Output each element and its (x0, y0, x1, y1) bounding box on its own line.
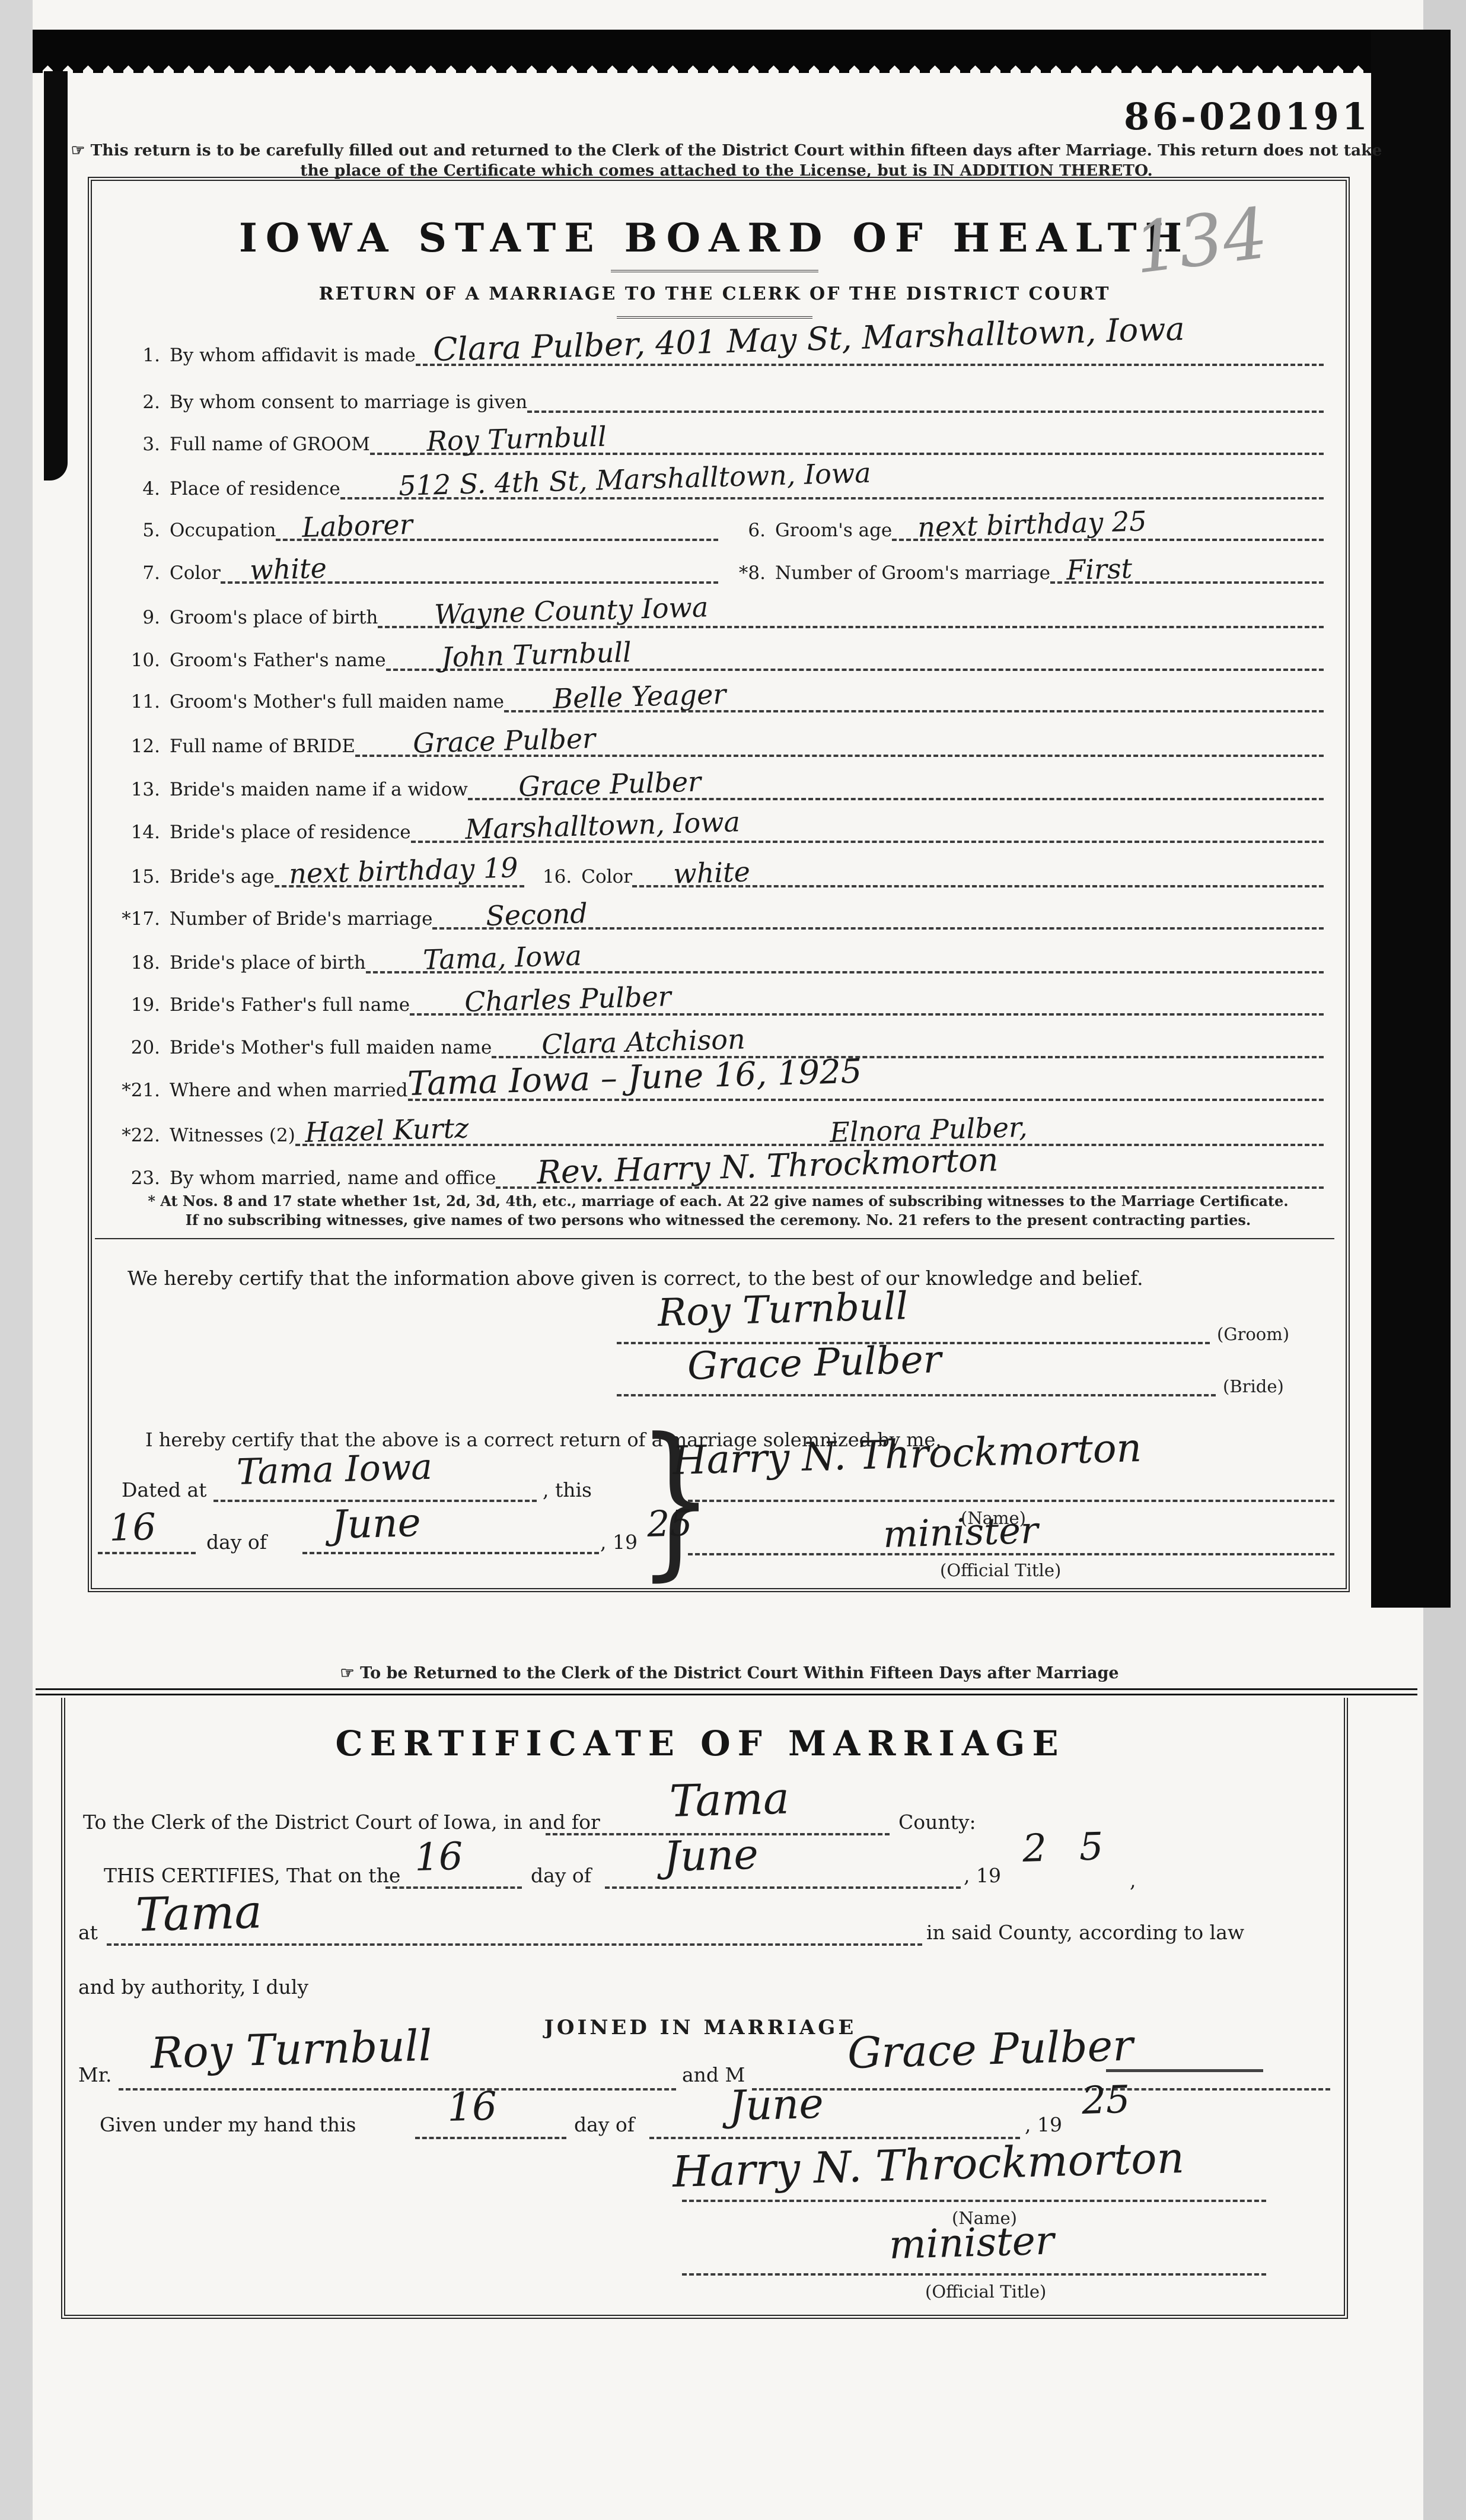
bride-signature: Grace Pulber (687, 1341, 942, 1386)
dotted-entry-line: Tama Iowa – June 16, 1925 (408, 1064, 1324, 1101)
dotted-entry-line: white (221, 547, 718, 584)
instruction-text-1: This return is to be carefully filled ou… (91, 141, 1382, 160)
row-label: Bride's maiden name if a widow (170, 781, 468, 800)
handwritten-entry: Belle Yeager (553, 680, 726, 712)
form-row-4: 4.Place of residence512 S. 4th St, Marsh… (113, 465, 1324, 499)
given-day-line (415, 2137, 566, 2139)
cert-name-line (682, 2200, 1266, 2202)
row-label: By whom affidavit is made (170, 346, 416, 366)
document-number-stamp: 86-020191 (1124, 95, 1371, 138)
row-number: 14. (113, 823, 160, 843)
dotted-entry-line: 512 S. 4th St, Marshalltown, Iowa (340, 463, 1324, 499)
footnote-rule (95, 1238, 1334, 1239)
row-label: Bride's age (170, 868, 275, 887)
given-prefix: Given under my hand this (100, 2113, 356, 2136)
row-label: Number of Bride's marriage (170, 910, 432, 930)
row-number: 20. (113, 1039, 160, 1058)
handwritten-entry: next birthday 19 (289, 854, 518, 887)
row-label: Witnesses (2) (170, 1127, 295, 1146)
in-said-county-suffix: in said County, according to law (926, 1921, 1244, 1944)
row-label: Where and when married (170, 1081, 408, 1101)
dotted-entry-line: Tama, Iowa (366, 937, 1324, 973)
scanned-marriage-record: 86-020191 ☞ This return is to be careful… (0, 0, 1466, 2520)
pointing-hand-icon: ☞ (340, 1664, 354, 1682)
subtitle-rule (617, 316, 812, 320)
dotted-entry-line: Marshalltown, Iowa (411, 806, 1324, 843)
form-row-22: *22.Witnesses (2)Hazel KurtzElnora Pulbe… (113, 1112, 1324, 1146)
stray-pen-stroke (1106, 2069, 1263, 2072)
row-label: Bride's place of birth (170, 954, 366, 973)
bride-signature-line (617, 1394, 1216, 1396)
handwritten-entry: Wayne County Iowa (434, 593, 709, 628)
row-number: 15. (113, 868, 160, 887)
given-year-entry: 25 (1081, 2081, 1130, 2120)
handwritten-entry: Tama, Iowa (422, 942, 582, 973)
dotted-entry-line: Grace Pulber (468, 763, 1324, 800)
pencil-filing-number: 134 (1130, 198, 1271, 284)
form-row-7: 7.Colorwhite*8.Number of Groom's marriag… (113, 549, 1324, 584)
dotted-entry-line: Wayne County Iowa (378, 591, 1324, 628)
form-row-10: 10.Groom's Father's nameJohn Turnbull (113, 637, 1324, 671)
footnote-line-2: If no subscribing witnesses, give names … (113, 1211, 1324, 1229)
dated-month-line (302, 1552, 599, 1554)
row-label: Bride's Father's full name (170, 996, 410, 1016)
handwritten-entry: Grace Pulber (518, 768, 702, 800)
minister-title-line (688, 1553, 1334, 1555)
dotted-entry-line: Laborer (276, 504, 718, 541)
authority-line: and by authority, I duly (78, 1975, 308, 1999)
cert-bride-entry: Grace Pulber (847, 2024, 1133, 2074)
dated-day-entry: 16 (109, 1509, 157, 1547)
dated-month-entry: June (331, 1503, 421, 1545)
form-row-23: 23.By whom married, name and officeRev. … (113, 1154, 1324, 1189)
form-row-21: *21.Where and when marriedTama Iowa – Ju… (113, 1067, 1324, 1101)
handwritten-entry: John Turnbull (441, 638, 632, 671)
form-row-18: 18.Bride's place of birthTama, Iowa (113, 939, 1324, 973)
groom-label: (Groom) (1217, 1324, 1289, 1344)
cert-day-of-label: day of (531, 1864, 591, 1887)
pointing-hand-icon: ☞ (71, 141, 85, 160)
cert-year-prefix: , 19 (964, 1864, 1001, 1887)
cert-title-line (682, 2273, 1266, 2276)
return-note-text: To be Returned to the Clerk of the Distr… (360, 1664, 1118, 1682)
row-label: Bride's Mother's full maiden name (170, 1039, 492, 1058)
row-number: 19. (113, 996, 160, 1016)
row-label: Groom's age (775, 521, 892, 541)
dotted-entry-line: next birthday 19 (275, 851, 525, 887)
section-divider (36, 1688, 1417, 1695)
perforated-edge (33, 60, 1450, 73)
couple-certify-statement: We hereby certify that the information a… (128, 1267, 1143, 1290)
row-number: 13. (113, 781, 160, 800)
handwritten-entry: Roy Turnbull (426, 423, 607, 455)
handwritten-entry: Marshalltown, Iowa (465, 808, 741, 843)
handwritten-entry: Second (485, 899, 587, 930)
dotted-entry-line: Charles Pulber (410, 979, 1324, 1016)
form-row-15: 15.Bride's agenext birthday 1916.Colorwh… (113, 853, 1324, 887)
row-number: 6. (718, 521, 766, 541)
this-label: , this (543, 1478, 592, 1501)
form-row-5: 5.OccupationLaborer6.Groom's agenext bir… (113, 507, 1324, 541)
dotted-entry-line: Belle Yeager (504, 676, 1324, 712)
row-label: Groom's Father's name (170, 651, 386, 671)
return-note: ☞ To be Returned to the Clerk of the Dis… (59, 1664, 1400, 1682)
cert-year-entry: 25 (1022, 1827, 1136, 1868)
handwritten-entry: next birthday 25 (917, 507, 1147, 541)
row-number: *8. (718, 564, 766, 584)
at-place-entry: Tama (135, 1889, 263, 1939)
cert-month-line (605, 1886, 961, 1889)
clerk-line-prefix: To the Clerk of the District Court of Io… (83, 1811, 600, 1834)
row-label: Number of Groom's marriage (775, 564, 1050, 584)
cert-groom-entry: Roy Turnbull (150, 2024, 433, 2074)
dotted-entry-line: Rev. Harry N. Throckmorton (496, 1152, 1324, 1189)
row-number: *22. (113, 1127, 160, 1146)
county-suffix: County: (898, 1811, 976, 1834)
form-row-2: 2.By whom consent to marriage is given (113, 378, 1324, 413)
cert-year-comma: , (1130, 1869, 1136, 1892)
form-row-17: *17.Number of Bride's marriageSecond (113, 895, 1324, 930)
dotted-entry-line: Second (432, 893, 1324, 930)
scan-black-top-edge (33, 30, 1450, 61)
form-row-11: 11.Groom's Mother's full maiden nameBell… (113, 678, 1324, 712)
row-label: Full name of GROOM (170, 435, 370, 455)
row-label: Full name of BRIDE (170, 737, 355, 757)
handwritten-entry: 512 S. 4th St, Marshalltown, Iowa (399, 459, 871, 499)
row-number: 10. (113, 651, 160, 671)
dotted-entry-line (527, 376, 1324, 413)
mr-label: Mr. (78, 2063, 111, 2086)
row-label: By whom consent to marriage is given (170, 393, 527, 413)
handwritten-entry-2: Elnora Pulber, (829, 1113, 1027, 1146)
row-number: 18. (113, 954, 160, 973)
handwritten-entry: First (1066, 555, 1132, 584)
row-label: By whom married, name and office (170, 1169, 496, 1189)
given-day-of-label: day of (574, 2113, 635, 2136)
cert-title-label: (Official Title) (925, 2282, 1046, 2302)
row-number: 5. (113, 521, 160, 541)
given-month-entry: June (728, 2083, 824, 2127)
dotted-entry-line: Hazel KurtzElnora Pulber, (295, 1109, 1324, 1146)
dated-place-entry: Tama Iowa (236, 1449, 432, 1490)
scan-black-right-edge (1371, 30, 1451, 1608)
certificate-title: CERTIFICATE OF MARRIAGE (61, 1723, 1340, 1764)
row-number: 16. (524, 868, 572, 887)
minister-name-line (688, 1500, 1334, 1502)
day-of-label: day of (206, 1531, 267, 1554)
handwritten-entry: Hazel Kurtz (305, 1114, 469, 1146)
dated-at-label: Dated at (122, 1478, 206, 1501)
bride-label: (Bride) (1223, 1376, 1284, 1396)
cert-title-entry: minister (888, 2221, 1054, 2265)
row-number: 23. (113, 1169, 160, 1189)
dotted-entry-line: next birthday 25 (892, 504, 1324, 541)
dotted-entry-line: Clara Pulber, 401 May St, Marshalltown, … (416, 329, 1324, 366)
row-label: Bride's place of residence (170, 823, 411, 843)
dotted-entry-line: Grace Pulber (355, 720, 1324, 757)
row-number: *21. (113, 1081, 160, 1101)
form-row-1: 1.By whom affidavit is madeClara Pulber,… (113, 332, 1324, 366)
bride-name-line (752, 2088, 1330, 2091)
row-label: Occupation (170, 521, 276, 541)
cert-day-entry: 16 (414, 1838, 463, 1877)
form-row-14: 14.Bride's place of residenceMarshalltow… (113, 809, 1324, 843)
county-entry: Tama (669, 1776, 790, 1824)
dotted-entry-line: Roy Turnbull (370, 418, 1324, 455)
dotted-entry-line: First (1050, 547, 1324, 584)
row-number: 7. (113, 564, 160, 584)
row-label: Place of residence (170, 480, 340, 499)
cert-day-line (385, 1886, 522, 1889)
row-number: *17. (113, 910, 160, 930)
handwritten-entry: Charles Pulber (464, 982, 671, 1016)
year-prefix: , 19 (600, 1531, 638, 1554)
row-number: 12. (113, 737, 160, 757)
dated-year-entry: 25 (646, 1506, 693, 1542)
handwritten-entry: white (673, 858, 751, 887)
row-number: 1. (113, 346, 160, 366)
form-row-19: 19.Bride's Father's full nameCharles Pul… (113, 981, 1324, 1016)
handwritten-entry: Clara Atchison (541, 1025, 745, 1058)
row-label: Color (170, 564, 221, 584)
row-number: 4. (113, 480, 160, 499)
row-number: 3. (113, 435, 160, 455)
row-label: Groom's Mother's full maiden name (170, 693, 504, 712)
row-label: Color (581, 868, 632, 887)
form-row-12: 12.Full name of BRIDEGrace Pulber (113, 723, 1324, 757)
row-label: Groom's place of birth (170, 609, 378, 628)
handwritten-entry: Laborer (302, 511, 413, 541)
given-year-prefix: , 19 (1025, 2113, 1062, 2136)
groom-signature: Roy Turnbull (657, 1287, 909, 1332)
dotted-entry-line: white (632, 851, 1324, 887)
row-number: 2. (113, 393, 160, 413)
form-row-13: 13.Bride's maiden name if a widowGrace P… (113, 766, 1324, 800)
scan-black-left-edge (44, 71, 68, 481)
dotted-entry-line: John Turnbull (386, 634, 1324, 671)
row-number: 9. (113, 609, 160, 628)
form-row-20: 20.Bride's Mother's full maiden nameClar… (113, 1024, 1324, 1058)
form-row-9: 9.Groom's place of birthWayne County Iow… (113, 594, 1324, 628)
at-label: at (78, 1921, 98, 1944)
certifies-prefix: THIS CERTIFIES, That on the (104, 1864, 400, 1887)
handwritten-entry: white (250, 554, 327, 584)
title-rule (611, 270, 818, 273)
minister-title-entry: minister (882, 1512, 1038, 1553)
minister-title-label: (Official Title) (940, 1560, 1061, 1580)
given-day-entry: 16 (447, 2087, 498, 2127)
dotted-entry-line: Clara Atchison (492, 1022, 1324, 1058)
footnote-line-1: * At Nos. 8 and 17 state whether 1st, 2d… (113, 1192, 1324, 1210)
form-row-3: 3.Full name of GROOMRoy Turnbull (113, 421, 1324, 455)
row-number: 11. (113, 693, 160, 712)
handwritten-entry: Grace Pulber (413, 724, 596, 757)
cert-month-entry: June (663, 1834, 759, 1878)
instruction-line-1: ☞ This return is to be carefully filled … (56, 141, 1397, 160)
dated-day-line (98, 1552, 196, 1554)
at-place-line (107, 1943, 922, 1946)
groom-name-line (119, 2088, 676, 2091)
